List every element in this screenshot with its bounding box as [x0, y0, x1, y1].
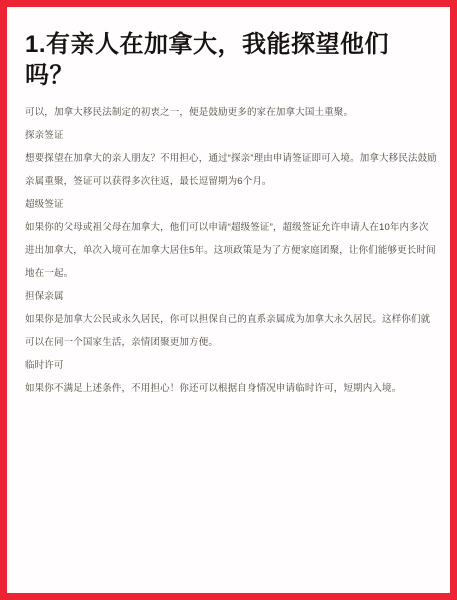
section-sponsor-relatives: 担保亲属 如果你是加拿大公民或永久居民，你可以担保自己的直系亲属成为加拿大永久居… — [25, 285, 437, 354]
section-body-super-visa: 如果你的父母或祖父母在加拿大，他们可以申请“超级签证”，超级签证允许申请人在10… — [25, 216, 437, 285]
section-heading-visit-visa: 探亲签证 — [25, 124, 437, 147]
section-visit-visa: 探亲签证 想要探望在加拿大的亲人朋友？不用担心，通过“探亲”理由申请签证即可入境… — [25, 124, 437, 193]
section-heading-super-visa: 超级签证 — [25, 193, 437, 216]
section-body-sponsor-relatives: 如果你是加拿大公民或永久居民，你可以担保自己的直系亲属成为加拿大永久居民。这样你… — [25, 308, 437, 354]
section-heading-sponsor-relatives: 担保亲属 — [25, 285, 437, 308]
section-super-visa: 超级签证 如果你的父母或祖父母在加拿大，他们可以申请“超级签证”，超级签证允许申… — [25, 193, 437, 285]
section-temporary-permit: 临时许可 如果你不满足上述条件，不用担心！你还可以根据自身情况申请临时许可，短期… — [25, 354, 437, 400]
section-body-temporary-permit: 如果你不满足上述条件，不用担心！你还可以根据自身情况申请临时许可，短期内入境。 — [25, 377, 437, 400]
intro-paragraph: 可以，加拿大移民法制定的初衷之一，便是鼓励更多的家在加拿大国土重聚。 — [25, 101, 437, 124]
page-title: 1.有亲人在加拿大，我能探望他们吗？ — [25, 29, 437, 91]
section-body-visit-visa: 想要探望在加拿大的亲人朋友？不用担心，通过“探亲”理由申请签证即可入境。加拿大移… — [25, 147, 437, 193]
info-card: 1.有亲人在加拿大，我能探望他们吗？ 可以，加拿大移民法制定的初衷之一，便是鼓励… — [0, 0, 457, 600]
section-heading-temporary-permit: 临时许可 — [25, 354, 437, 377]
